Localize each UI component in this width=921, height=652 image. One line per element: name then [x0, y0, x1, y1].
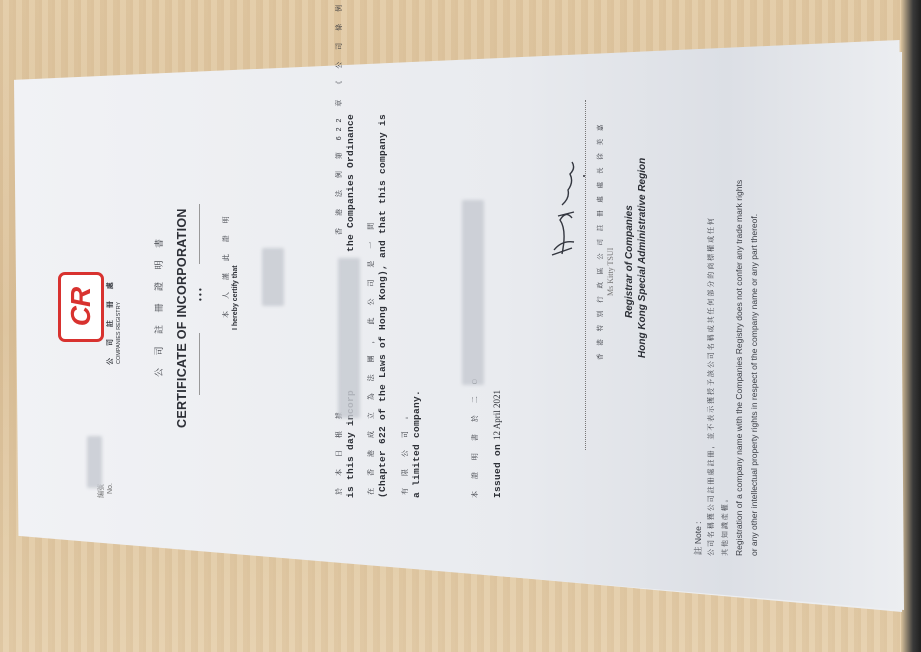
body-line-3-en: a limited company. — [411, 390, 422, 498]
certificate-page: 編號 No. CR 公 司 註 冊 處 COMPANIES REGISTRY 公… — [0, 0, 921, 652]
certify-cn: 本 人 謹 此 證 明 — [221, 211, 231, 318]
note-en-1: Registration of a company name with the … — [734, 180, 744, 556]
company-name-redacted — [262, 248, 284, 306]
body-line-1-en-tail: the Companies Ordinance — [345, 114, 356, 252]
title-rule-bottom — [199, 333, 200, 395]
registrar-title: Registrar of Companies — [624, 205, 635, 318]
title-en: CERTIFICATE OF INCORPORATION — [175, 208, 189, 428]
body-line-1-cn-tail: 香 港 法 例 第 622 章 《 公 司 條 例 》 — [334, 0, 344, 235]
companies-registry-logo: CR — [58, 272, 104, 342]
reference-label-en: No. — [107, 483, 114, 494]
note-label: 註 Note : — [692, 521, 704, 555]
registrar-cn: 香 港 特 別 行 政 區 公 司 註 冊 處 處 長 徐 美 嘉 — [595, 122, 604, 360]
issued-date: 12 April 2021 — [492, 390, 502, 440]
issuer-name-en: COMPANIES REGISTRY — [116, 302, 122, 364]
certify-en: I hereby certify that — [232, 265, 239, 330]
registrar-region: Hong Kong Special Administrative Region — [637, 158, 648, 358]
note-en-2: or any other intellectual property right… — [749, 214, 759, 556]
issued-cn: 本 證 明 書 於 二 O — [470, 374, 480, 498]
logo-text: CR — [65, 288, 97, 326]
reference-number-redacted — [87, 436, 102, 488]
registrar-name: Ms Kitty TSUI — [606, 248, 615, 296]
title-ornament: • • • — [196, 288, 205, 301]
body-line-2-en: (Chapter 622 of the Laws of Hong Kong), … — [377, 114, 388, 498]
title-cn: 公 司 註 冊 證 明 書 — [152, 234, 165, 377]
title-rule-top — [199, 204, 200, 264]
note-cn-2: 其 他 知 識 產 權 。 — [720, 495, 730, 556]
note-cn-1: 公 司 名 稱 獲 公 司 註 冊 處 註 冊 ， 並 不 表 示 獲 授 予 … — [706, 218, 716, 556]
issuer-name-cn: 公 司 註 冊 處 — [105, 277, 115, 365]
issued-date-cn-redacted — [462, 200, 484, 385]
registrar-signature — [532, 160, 592, 260]
body-line-3-cn: 有 限 公 司 。 — [400, 407, 410, 495]
body-line-2-cn: 在 香 港 成 立 為 法 團 ， 此 公 司 是 一 間 — [366, 218, 376, 495]
issued-label: Issued on — [492, 444, 503, 498]
body-line-1-cn: 於 本 日 根 據 — [334, 407, 344, 495]
signature-line — [585, 100, 586, 450]
company-name-inline-redacted — [338, 258, 360, 418]
